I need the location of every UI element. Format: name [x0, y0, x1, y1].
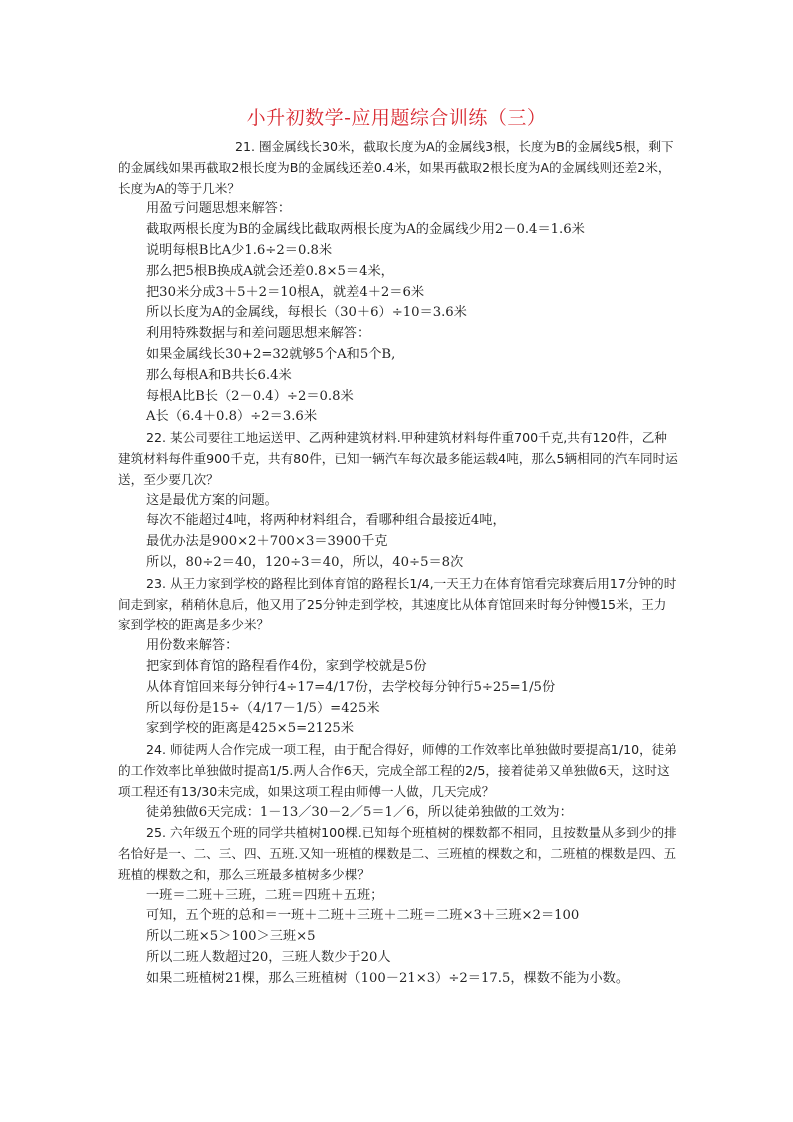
- question-text: 22. 某公司要往工地运送甲、乙两种建筑材料.甲种建筑材料每件重700千克,共有…: [118, 428, 678, 490]
- answer-line: 用盈亏问题思想来解答：: [118, 199, 678, 220]
- answer-line: 用份数来解答：: [118, 636, 678, 657]
- question-text: 21. 圈金属线长30米，截取长度为A的金属线3根，长度为B的金属线5根，剩下的…: [118, 137, 678, 199]
- problem-24: 24. 师徒两人合作完成一项工程，由于配合得好，师傅的工作效率比单独做时要提高1…: [118, 740, 678, 823]
- answer-line: 所以二班人数超过20，三班人数少于20人: [118, 948, 678, 969]
- answer-line: 所以长度为A的金属线，每根长（30＋6）÷10＝3.6米: [118, 303, 678, 324]
- answer-line: 所以二班×5＞100＞三班×5: [118, 927, 678, 948]
- document-body: 21. 圈金属线长30米，截取长度为A的金属线3根，长度为B的金属线5根，剩下的…: [118, 137, 678, 990]
- answer-line: 那么每根A和B共长6.4米: [118, 366, 678, 387]
- answer-line: 把家到体育馆的路程看作4份，家到学校就是5份: [118, 657, 678, 678]
- answer-line: 这是最优方案的问题。: [118, 491, 678, 512]
- answer-line: 所以每份是15÷（4/17－1/5）=425米: [118, 699, 678, 720]
- answer-line: 如果金属线长30+2=32就够5个A和5个B,: [118, 345, 678, 366]
- answer-line: 所以，80÷2＝40，120÷3＝40，所以，40÷5＝8次: [118, 553, 678, 574]
- answer-line: 从体育馆回来每分钟行4÷17=4/17份，去学校每分钟行5÷25=1/5份: [118, 678, 678, 699]
- answer-line: 家到学校的距离是425×5=2125米: [118, 719, 678, 740]
- answer-line: 利用特殊数据与和差问题思想来解答：: [118, 324, 678, 345]
- question-text: 23. 从王力家到学校的路程比到体育馆的路程长1/4,一天王力在体育馆看完球赛后…: [118, 574, 678, 636]
- answer-line: 截取两根长度为B的金属线比截取两根长度为A的金属线少用2－0.4＝1.6米: [118, 220, 678, 241]
- answer-line: 一班＝二班＋三班，二班＝四班＋五班；: [118, 886, 678, 907]
- answer-line: 把30米分成3＋5＋2＝10根A，就差4＋2＝6米: [118, 283, 678, 304]
- problem-23: 23. 从王力家到学校的路程比到体育馆的路程长1/4,一天王力在体育馆看完球赛后…: [118, 574, 678, 740]
- answer-line: 徒弟独做6天完成：1－13／30－2／5＝1／6，所以徒弟独做的工效为：: [118, 803, 678, 824]
- answer-line: 每根A比B长（2－0.4）÷2＝0.8米: [118, 387, 678, 408]
- answer-line: 那么把5根B换成A就会还差0.8×5＝4米，: [118, 262, 678, 283]
- page-title: 小升初数学-应用题综合训练（三）: [0, 103, 793, 130]
- answer-line: 最优办法是900×2＋700×3＝3900千克: [118, 532, 678, 553]
- question-text: 25. 六年级五个班的同学共植树100棵.已知每个班植树的棵数都不相同，且按数量…: [118, 823, 678, 885]
- problem-25: 25. 六年级五个班的同学共植树100棵.已知每个班植树的棵数都不相同，且按数量…: [118, 823, 678, 989]
- problem-21: 21. 圈金属线长30米，截取长度为A的金属线3根，长度为B的金属线5根，剩下的…: [118, 137, 678, 428]
- answer-line: 说明每根B比A少1.6÷2＝0.8米: [118, 241, 678, 262]
- answer-line: 如果二班植树21棵，那么三班植树（100－21×3）÷2＝17.5，棵数不能为小…: [118, 969, 678, 990]
- question-text: 24. 师徒两人合作完成一项工程，由于配合得好，师傅的工作效率比单独做时要提高1…: [118, 740, 678, 802]
- answer-line: A长（6.4＋0.8）÷2＝3.6米: [118, 407, 678, 428]
- answer-line: 可知，五个班的总和＝一班＋二班＋三班＋二班＝二班×3＋三班×2＝100: [118, 906, 678, 927]
- problem-22: 22. 某公司要往工地运送甲、乙两种建筑材料.甲种建筑材料每件重700千克,共有…: [118, 428, 678, 574]
- answer-line: 每次不能超过4吨，将两种材料组合，看哪种组合最接近4吨，: [118, 511, 678, 532]
